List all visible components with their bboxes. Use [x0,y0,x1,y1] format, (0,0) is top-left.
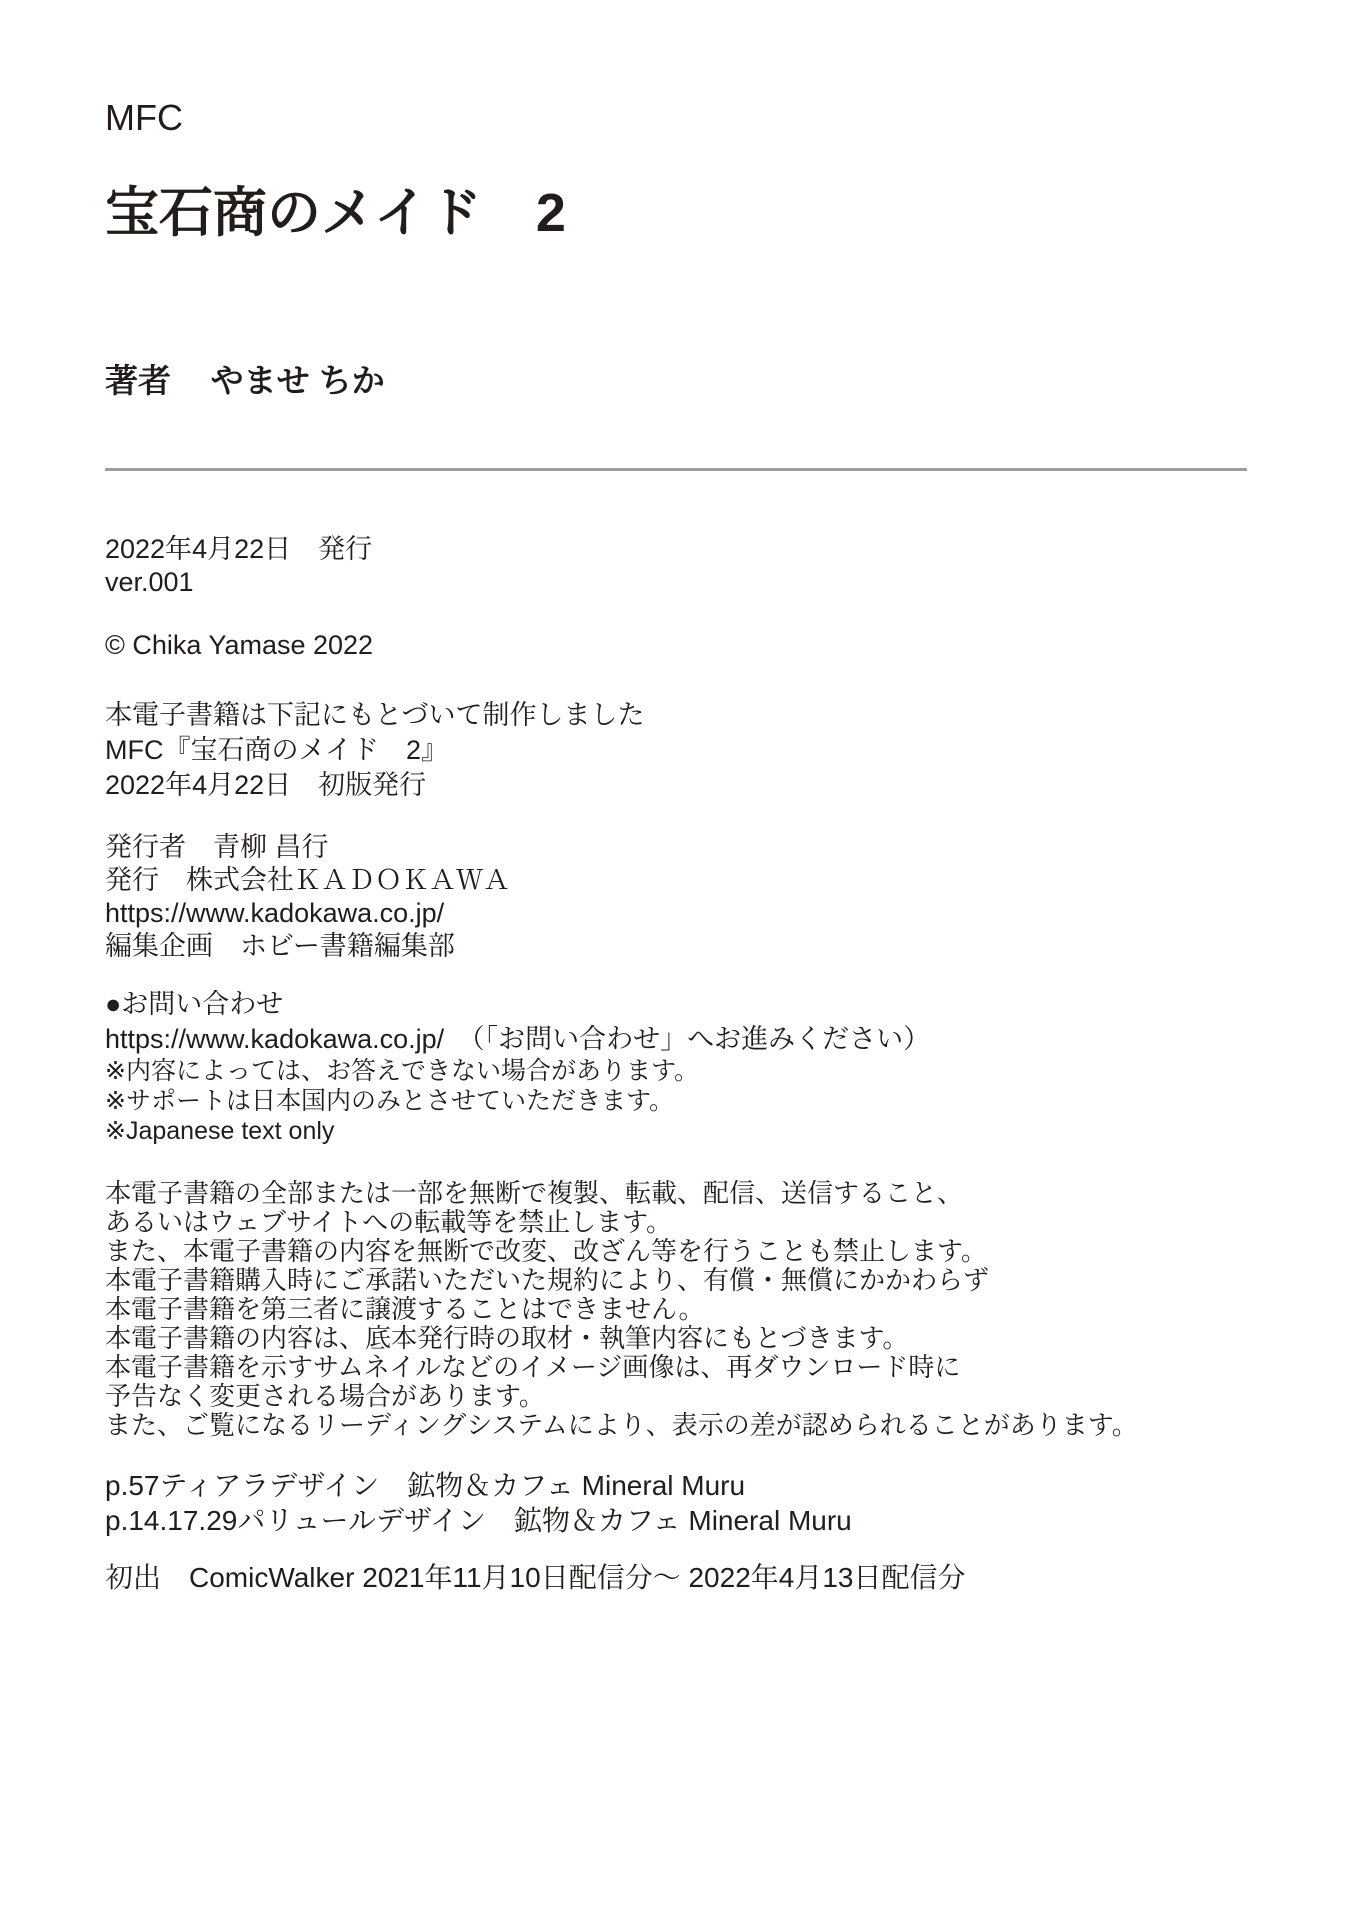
section-divider [105,468,1247,471]
legal-block: 本電子書籍の全部または一部を無断で複製、転載、配信、送信すること、 あるいはウェ… [105,1179,1245,1440]
copyright-notice: © Chika Yamase 2022 [105,629,1245,662]
legal-line: 予告なく変更される場合があります。 [105,1382,1245,1411]
publisher-block: 発行者 青柳 昌行 発行 株式会社ＫＡＤＯＫＡＷＡ https://www.ka… [105,831,1245,963]
legal-line: あるいはウェブサイトへの転載等を禁止します。 [105,1208,1245,1237]
book-title: 宝石商のメイド 2 [105,184,1245,242]
publisher-company-line: 発行 株式会社ＫＡＤＯＫＡＷＡ [105,864,1245,897]
editorial-dept-line: 編集企画 ホビー書籍編集部 [105,930,1245,963]
contact-heading: ●お問い合わせ [105,988,1245,1021]
version-line: ver.001 [105,566,1245,599]
legal-line: 本電子書籍購入時にご承諾いただいた規約により、有償・無償にかかわらず [105,1266,1245,1295]
publisher-url-line: https://www.kadokawa.co.jp/ [105,897,1245,930]
colophon-page: MFC 宝石商のメイド 2 著者やませ ちか 2022年4月22日 発行 ver… [0,0,1350,1920]
first-publication-line: 初出 ComicWalker 2021年11月10日配信分～ 2022年4月13… [105,1560,1245,1595]
legal-line: 本電子書籍の全部または一部を無断で複製、転載、配信、送信すること、 [105,1179,1245,1208]
contact-url-line: https://www.kadokawa.co.jp/ （「お問い合わせ」へお進… [105,1023,1245,1056]
first-publication-block: 初出 ComicWalker 2021年11月10日配信分～ 2022年4月13… [105,1560,1245,1595]
publisher-person-line: 発行者 青柳 昌行 [105,831,1245,864]
source-title-line: MFC『宝石商のメイド 2』 [105,733,1245,768]
source-block: 本電子書籍は下記にもとづいて制作しました MFC『宝石商のメイド 2』 2022… [105,698,1245,803]
author-label: 著者 [105,362,171,399]
legal-line: 本電子書籍の内容は、底本発行時の取材・執筆内容にもとづきます。 [105,1324,1245,1353]
author-name: やませ ちか [211,362,385,399]
credits-block: p.57ティアラデザイン 鉱物＆カフェ Mineral Muru p.14.17… [105,1468,1245,1538]
copyright-block: © Chika Yamase 2022 [105,629,1245,662]
colophon-content: MFC 宝石商のメイド 2 著者やませ ちか 2022年4月22日 発行 ver… [0,0,1350,1595]
contact-note-line: ※Japanese text only [105,1116,1245,1146]
legal-line: 本電子書籍を示すサムネイルなどのイメージ画像は、再ダウンロード時に [105,1353,1245,1382]
issue-date-line: 2022年4月22日 発行 [105,533,1245,566]
legal-line: また、ご覧になるリーディングシステムにより、表示の差が認められることがあります。 [105,1411,1245,1440]
edition-block: 2022年4月22日 発行 ver.001 [105,533,1245,599]
credit-line: p.14.17.29パリュールデザイン 鉱物＆カフェ Mineral Muru [105,1503,1245,1538]
imprint-label: MFC [105,0,1245,136]
source-date-line: 2022年4月22日 初版発行 [105,768,1245,803]
contact-notes: ※内容によっては、お答えできない場合があります。 ※サポートは日本国内のみとさせ… [105,1056,1245,1146]
credit-line: p.57ティアラデザイン 鉱物＆カフェ Mineral Muru [105,1468,1245,1503]
contact-note-line: ※内容によっては、お答えできない場合があります。 [105,1056,1245,1086]
source-note-line: 本電子書籍は下記にもとづいて制作しました [105,698,1245,733]
legal-line: 本電子書籍を第三者に譲渡することはできません。 [105,1295,1245,1324]
contact-note-line: ※サポートは日本国内のみとさせていただきます。 [105,1086,1245,1116]
legal-line: また、本電子書籍の内容を無断で改変、改ざん等を行うことも禁止します。 [105,1237,1245,1266]
author-line: 著者やませ ちか [105,362,1245,400]
